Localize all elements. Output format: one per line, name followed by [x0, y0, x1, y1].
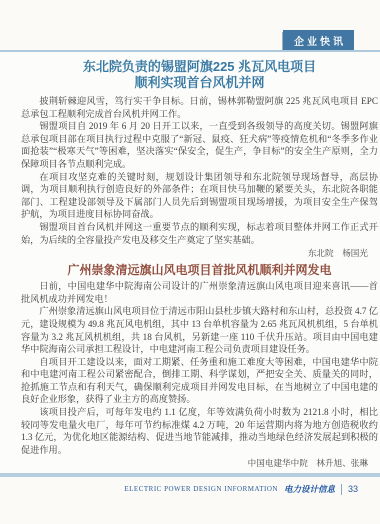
footer-journal-name-en: ELECTRIC POWER DESIGN INFORMATION [124, 485, 278, 493]
article1-title-line1: 东北院负责的锡盟阿旗225 兆瓦风电项目 [21, 59, 378, 75]
content-box: 东北院负责的锡盟阿旗225 兆瓦风电项目 顺利实现首台风机并网 披荆斩棘迎风雪，… [0, 50, 380, 477]
article2-body: 日前，中国电建华中院海南公司设计的广州崇象清远旗山风电项目迎来喜讯——首批风机成… [21, 280, 378, 456]
article1-paragraph: 锡盟项目首台风机并网这一重要节点的顺利实现，标志着项目整体并网工作正式开始，为后… [21, 221, 378, 246]
article1-body: 披荆斩棘迎风雪，笃行实干争目标。日前，锡林郭勒盟阿旗 225 兆瓦风电项目 EP… [21, 95, 378, 246]
article1-title-line2: 顺利实现首台风机并网 [21, 75, 378, 91]
page-footer: ELECTRIC POWER DESIGN INFORMATION 电力设计信息… [124, 483, 358, 495]
article2-paragraph: 日前，中国电建华中院海南公司设计的广州崇象清远旗山风电项目迎来喜讯——首批风机成… [21, 280, 378, 305]
article2-signature: 中国电建华中院 林升旭、张琳 [21, 456, 378, 470]
section-badge: 企业快讯 [283, 30, 354, 51]
footer-divider [341, 484, 342, 495]
footer-journal-name-cn: 电力设计信息 [284, 483, 335, 495]
article2-paragraph: 广州崇象清远旗山风电项目位于清远市阳山县杜步镇大路村和东山村，总投资 4.7 亿… [21, 305, 378, 355]
article1-title: 东北院负责的锡盟阿旗225 兆瓦风电项目 顺利实现首台风机并网 [21, 59, 378, 91]
article1-signature: 东北院 杨国光 [21, 246, 378, 260]
article2-paragraph: 该项目投产后，可每年发电约 1.1 亿度，年等效满负荷小时数为 2121.8 小… [21, 406, 378, 456]
article2-title: 广州崇象清远旗山风电项目首批风机顺利并网发电 [21, 263, 378, 278]
article1-paragraph: 锡盟项目自 2019 年 6 月 20 日开工以来，一直受到各级领导的高度关切。… [21, 120, 378, 170]
article1-paragraph: 在项目攻坚克难的关键时刻，规划设计集团领导和东北院领导现场督导，高层协调，为项目… [21, 171, 378, 221]
article1-paragraph: 披荆斩棘迎风雪，笃行实干争目标。日前，锡林郭勒盟阿旗 225 兆瓦风电项目 EP… [21, 95, 378, 120]
article2-paragraph: 自项目开工建设以来，面对工期紧、任务重和施工难度大等困难，中国电建华中院和中电建… [21, 356, 378, 406]
page-number: 33 [348, 484, 358, 494]
